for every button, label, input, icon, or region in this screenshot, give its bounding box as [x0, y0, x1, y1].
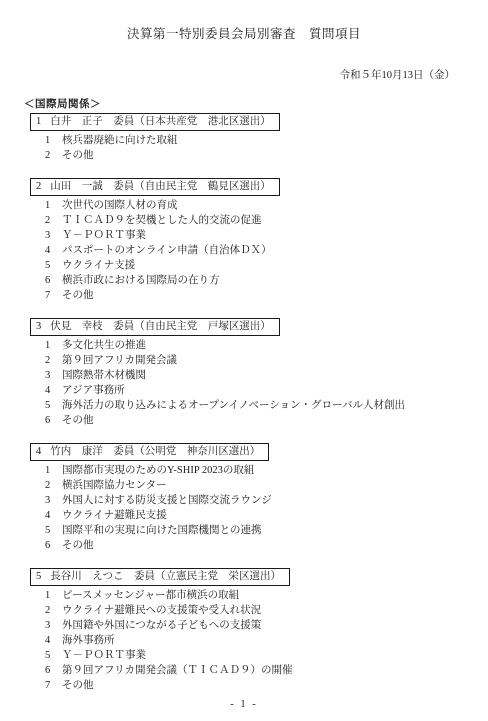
question-text: 国際平和の実現に向けた国際機関との連携: [62, 523, 262, 538]
question-item: 6その他: [30, 413, 488, 428]
question-item: 2横浜国際協力センター: [30, 478, 488, 493]
question-item: 3外国人に対する防災支援と国際交流ラウンジ: [30, 493, 488, 508]
document-page: 決算第一特別委員会局別審査 質問項目 令和５年10月13日（金） ＜国際局関係＞…: [0, 0, 488, 721]
member-number: 2: [36, 180, 41, 193]
document-title: 決算第一特別委員会局別審査 質問項目: [0, 27, 488, 42]
question-number: 5: [45, 523, 62, 538]
question-item: 1ピースメッセンジャー都市横浜の取組: [30, 588, 488, 603]
question-item: 1国際都市実現のためのY-SHIP 2023の取組: [30, 463, 488, 478]
member-number: 3: [36, 320, 41, 333]
member-block: 2山田 一誠 委員（自由民主党 鶴見区選出） 1次世代の国際人材の育成 2ＴＩＣ…: [30, 176, 488, 303]
question-list: 1次世代の国際人材の育成 2ＴＩＣＡＤ９を契機とした人的交流の促進 3Ｙ－ＰＯＲ…: [30, 198, 488, 303]
member-label: 長谷川 えつこ 委員（立憲民主党 栄区選出）: [50, 571, 281, 582]
question-text: その他: [62, 148, 94, 163]
question-item: 5Ｙ－ＰＯＲＴ事業: [30, 648, 488, 663]
question-item: 4ウクライナ避難民支援: [30, 508, 488, 523]
question-text: 核兵器廃絶に向けた取組: [62, 133, 178, 148]
question-item: 3国際熱帯木材機関: [30, 368, 488, 383]
question-number: 2: [45, 213, 62, 228]
question-item: 4アジア事務所: [30, 383, 488, 398]
question-number: 2: [45, 148, 62, 163]
question-text: その他: [62, 413, 94, 428]
question-number: 3: [45, 368, 62, 383]
question-text: 次世代の国際人材の育成: [62, 198, 178, 213]
question-number: 4: [45, 243, 62, 258]
question-text: 外国人に対する防災支援と国際交流ラウンジ: [62, 493, 272, 508]
question-item: 1多文化共生の推進: [30, 338, 488, 353]
member-block: 1白井 正子 委員（日本共産党 港北区選出） 1核兵器廃絶に向けた取組 2その他: [30, 111, 488, 163]
question-number: 2: [45, 478, 62, 493]
question-number: 1: [45, 133, 62, 148]
question-item: 5国際平和の実現に向けた国際機関との連携: [30, 523, 488, 538]
question-text: ウクライナ避難民への支援策や受入れ状況: [62, 603, 261, 618]
question-text: 多文化共生の推進: [62, 338, 146, 353]
question-list: 1核兵器廃絶に向けた取組 2その他: [30, 133, 488, 163]
question-number: 3: [45, 618, 62, 633]
question-number: 5: [45, 398, 62, 413]
question-item: 1次世代の国際人材の育成: [30, 198, 488, 213]
question-number: 6: [45, 413, 62, 428]
section-heading: ＜国際局関係＞: [24, 98, 488, 110]
question-text: Ｙ－ＰＯＲＴ事業: [62, 648, 146, 663]
question-number: 1: [45, 338, 62, 353]
question-number: 5: [45, 258, 62, 273]
member-header-box: 1白井 正子 委員（日本共産党 港北区選出）: [30, 113, 280, 131]
question-item: 6第９回アフリカ開発会議（ＴＩＣＡＤ９）の開催: [30, 663, 488, 678]
question-item: 2第９回アフリカ開発会議: [30, 353, 488, 368]
question-text: その他: [62, 288, 94, 303]
question-text: アジア事務所: [62, 383, 125, 398]
question-number: 2: [45, 603, 62, 618]
question-item: 3外国籍や外国につながる子どもへの支援策: [30, 618, 488, 633]
member-label: 伏見 幸枝 委員（自由民主党 戸塚区選出）: [50, 321, 271, 332]
question-item: 1核兵器廃絶に向けた取組: [30, 133, 488, 148]
question-item: 4パスポートのオンライン申請（自治体ＤＸ）: [30, 243, 488, 258]
member-label: 竹内 康洋 委員（公明党 神奈川区選出）: [50, 446, 260, 457]
question-text: 第９回アフリカ開発会議（ＴＩＣＡＤ９）の開催: [62, 663, 292, 678]
question-number: 3: [45, 228, 62, 243]
member-block: 4竹内 康洋 委員（公明党 神奈川区選出） 1国際都市実現のためのY-SHIP …: [30, 441, 488, 553]
question-number: 1: [45, 588, 62, 603]
question-item: 7その他: [30, 288, 488, 303]
question-text: 外国籍や外国につながる子どもへの支援策: [62, 618, 261, 633]
question-text: ウクライナ支援: [62, 258, 135, 273]
question-text: 海外活力の取り込みによるオープンイノベーション・グローバル人材創出: [62, 398, 405, 413]
question-item: 6横浜市政における国際局の在り方: [30, 273, 488, 288]
question-text: その他: [62, 678, 94, 693]
member-number: 4: [36, 445, 41, 458]
document-date: 令和５年10月13日（金）: [0, 69, 488, 82]
question-item: 2その他: [30, 148, 488, 163]
member-header-box: 3伏見 幸枝 委員（自由民主党 戸塚区選出）: [30, 318, 280, 336]
page-number: - 1 -: [0, 699, 488, 710]
question-number: 1: [45, 463, 62, 478]
question-number: 7: [45, 678, 62, 693]
question-number: 2: [45, 353, 62, 368]
member-label: 白井 正子 委員（日本共産党 港北区選出）: [50, 116, 271, 127]
question-text: パスポートのオンライン申請（自治体ＤＸ）: [62, 243, 272, 258]
question-item: 4海外事務所: [30, 633, 488, 648]
question-text: ピースメッセンジャー都市横浜の取組: [62, 588, 239, 603]
question-text: 第９回アフリカ開発会議: [62, 353, 177, 368]
question-text: 横浜国際協力センター: [62, 478, 167, 493]
question-item: 2ウクライナ避難民への支援策や受入れ状況: [30, 603, 488, 618]
question-list: 1多文化共生の推進 2第９回アフリカ開発会議 3国際熱帯木材機関 4アジア事務所…: [30, 338, 488, 428]
question-number: 1: [45, 198, 62, 213]
question-number: 4: [45, 383, 62, 398]
question-list: 1ピースメッセンジャー都市横浜の取組 2ウクライナ避難民への支援策や受入れ状況 …: [30, 588, 488, 693]
member-blocks: 1白井 正子 委員（日本共産党 港北区選出） 1核兵器廃絶に向けた取組 2その他…: [30, 111, 488, 693]
question-text: ＴＩＣＡＤ９を契機とした人的交流の促進: [62, 213, 262, 228]
question-text: 国際都市実現のためのY-SHIP 2023の取組: [62, 463, 254, 478]
question-number: 7: [45, 288, 62, 303]
member-number: 5: [36, 570, 41, 583]
question-number: 6: [45, 538, 62, 553]
question-text: Ｙ－ＰＯＲＴ事業: [62, 228, 146, 243]
question-number: 3: [45, 493, 62, 508]
question-item: 7その他: [30, 678, 488, 693]
member-header-box: 5長谷川 えつこ 委員（立憲民主党 栄区選出）: [30, 568, 290, 586]
question-text: 海外事務所: [62, 633, 115, 648]
question-item: 5ウクライナ支援: [30, 258, 488, 273]
member-block: 3伏見 幸枝 委員（自由民主党 戸塚区選出） 1多文化共生の推進 2第９回アフリ…: [30, 316, 488, 428]
question-item: 5海外活力の取り込みによるオープンイノベーション・グローバル人材創出: [30, 398, 488, 413]
question-text: ウクライナ避難民支援: [62, 508, 167, 523]
question-number: 6: [45, 663, 62, 678]
question-item: 3Ｙ－ＰＯＲＴ事業: [30, 228, 488, 243]
question-item: 2ＴＩＣＡＤ９を契機とした人的交流の促進: [30, 213, 488, 228]
question-number: 6: [45, 273, 62, 288]
question-text: 横浜市政における国際局の在り方: [62, 273, 220, 288]
member-label: 山田 一誠 委員（自由民主党 鶴見区選出）: [50, 181, 271, 192]
question-item: 6その他: [30, 538, 488, 553]
member-number: 1: [36, 115, 41, 128]
question-list: 1国際都市実現のためのY-SHIP 2023の取組 2横浜国際協力センター 3外…: [30, 463, 488, 553]
question-number: 5: [45, 648, 62, 663]
question-number: 4: [45, 508, 62, 523]
question-text: その他: [62, 538, 94, 553]
question-text: 国際熱帯木材機関: [62, 368, 146, 383]
question-number: 4: [45, 633, 62, 648]
member-block: 5長谷川 えつこ 委員（立憲民主党 栄区選出） 1ピースメッセンジャー都市横浜の…: [30, 566, 488, 693]
member-header-box: 2山田 一誠 委員（自由民主党 鶴見区選出）: [30, 178, 280, 196]
member-header-box: 4竹内 康洋 委員（公明党 神奈川区選出）: [30, 443, 269, 461]
